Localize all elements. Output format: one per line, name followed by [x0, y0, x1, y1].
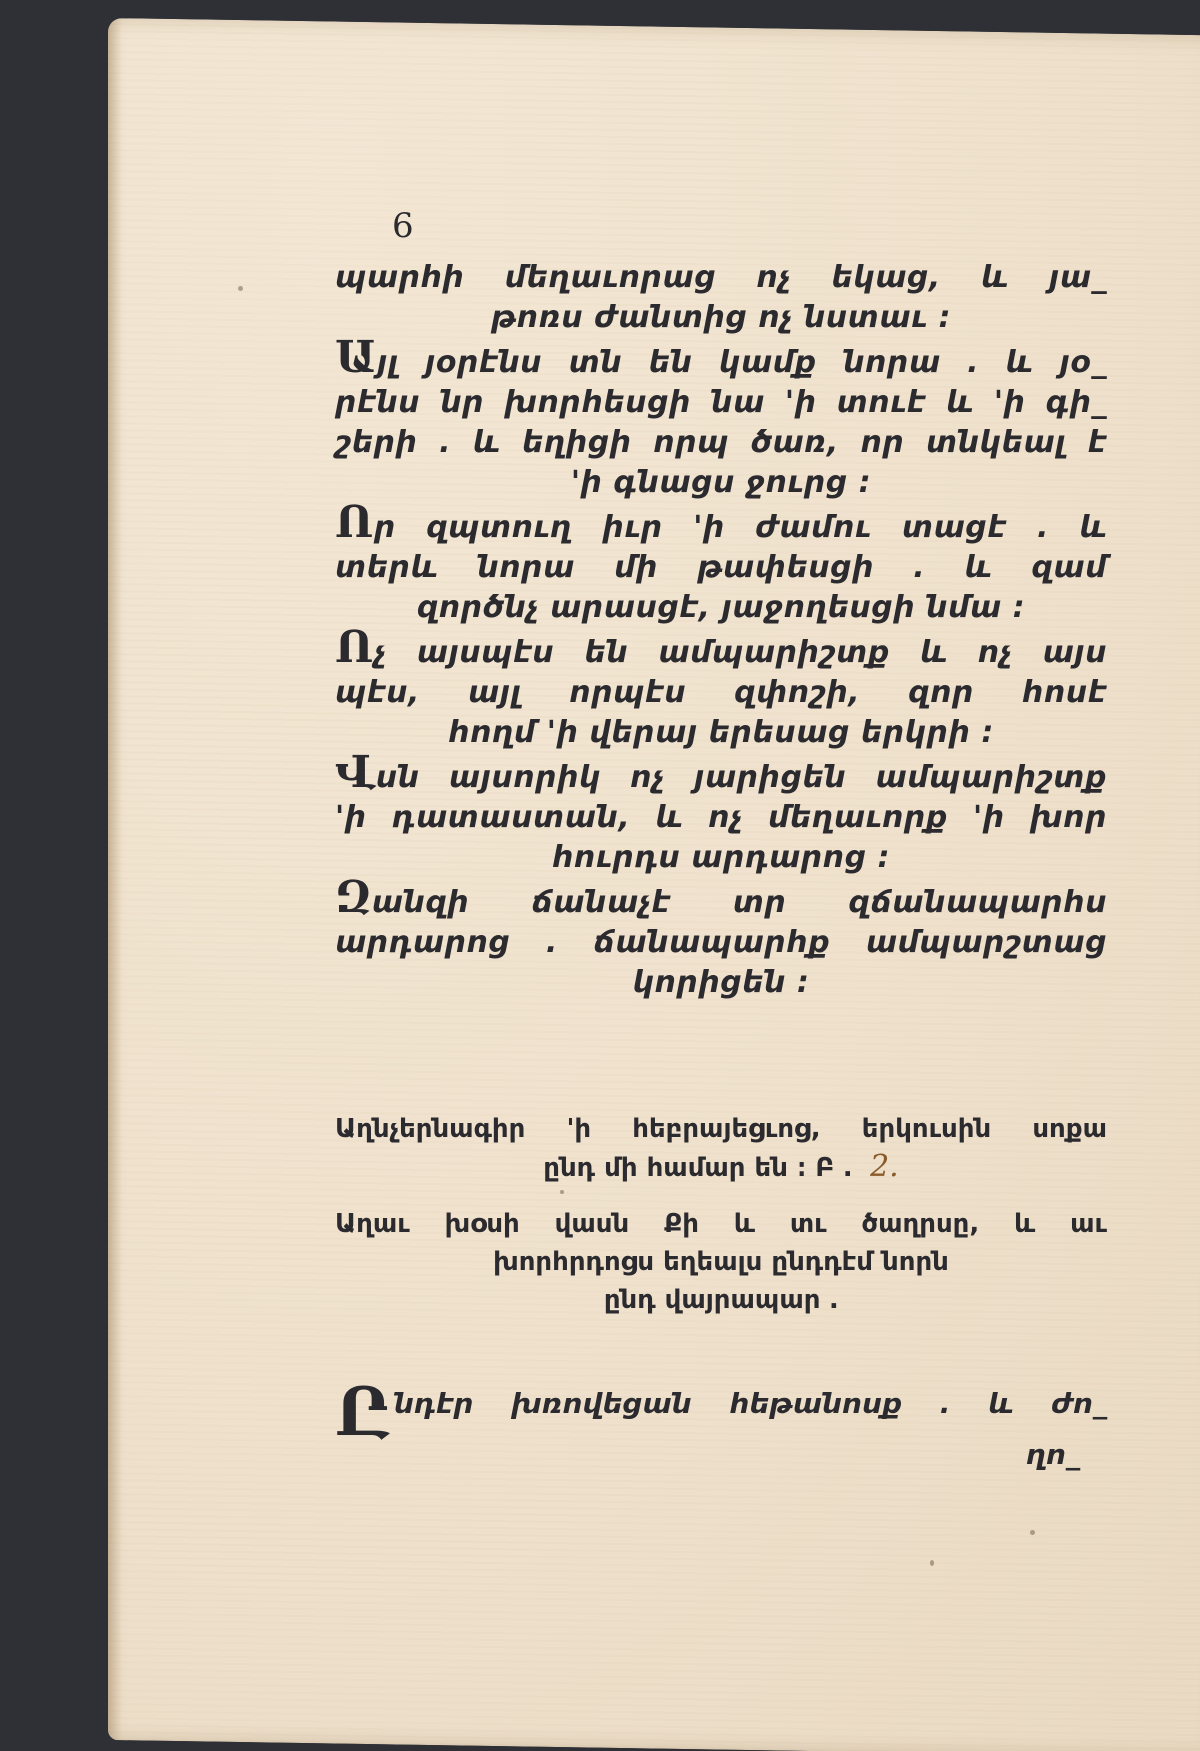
- psalm-text-block: պարհի մեղաւորաց ոչ եկաց, և յա_ թոռս ժանտ…: [335, 258, 1107, 1003]
- drop-cap-initial: Ը: [335, 1382, 390, 1442]
- note-line: Աղնչերնագիր 'ի հեբրայեցւոց, երկուսին սոք…: [335, 1110, 1107, 1148]
- paper-speck: [560, 1190, 564, 1194]
- next-psalm-start: Ը նդէր խռովեցան հեթանոսք ․ և ժո_: [335, 1384, 1107, 1442]
- page-edge-shadow: [108, 18, 122, 1740]
- verse-initial: Ա: [335, 332, 377, 383]
- note-line: ընդ մի համար են ։ Բ ․2.: [335, 1148, 1107, 1187]
- text-line: պէս, այլ որպէս զփոշի, զոր հոսէ: [335, 673, 1107, 713]
- text-line: շերի ․ և եղիցի որպ ծառ, որ տնկեալ է: [335, 423, 1107, 463]
- note-line: Աղաւ խօսի վասն Քի և տւ ծաղրսը, և աւ: [335, 1205, 1107, 1243]
- catchword: ղո_: [1026, 1438, 1080, 1471]
- text-line: հուրդս արդարոց ։: [335, 838, 1107, 878]
- text-line: թոռս ժանտից ոչ նստաւ ։: [335, 298, 1107, 338]
- note: Աղաւ խօսի վասն Քի և տւ ծաղրսը, և աւ խորհ…: [335, 1205, 1107, 1319]
- text-line: րէնս նր խորհեսցի նա 'ի տուէ և 'ի գի_: [335, 383, 1107, 423]
- text-line: յլ յօրէնս տն են կամք նորա ․ և յօ_: [377, 345, 1107, 380]
- verse-initial: Ո: [335, 622, 374, 673]
- text-line: պարհի մեղաւորաց ոչ եկաց, և յա_: [335, 258, 1107, 298]
- paper-speck: [238, 286, 243, 291]
- text-line: 'ի դատաստան, և ոչ մեղաւորք 'ի խոր: [335, 798, 1107, 838]
- text-line: արդարոց ․ ճանապարհք ամպարշտաց: [335, 923, 1107, 963]
- page-number: 6: [392, 206, 414, 246]
- note-text: ընդ մի համար են ։: [543, 1153, 806, 1183]
- verse-initial: Զ: [335, 872, 372, 923]
- paper-speck: [930, 1560, 934, 1566]
- text-line: անզի ճանաչէ տր զճանապարհս: [372, 885, 1107, 920]
- paper-speck: [1030, 1530, 1035, 1535]
- verse: Որ զպտուղ իւր 'ի ժամու տացէ ․ և տերև նոր…: [335, 503, 1107, 628]
- text-line: նդէր խռովեցան հեթանոսք ․ և ժո_: [335, 1384, 1107, 1424]
- verse: Վսն այսորիկ ոչ յարիցեն ամպարիշտք 'ի դատա…: [335, 753, 1107, 878]
- verse-initial: Ո: [335, 497, 374, 548]
- text-line: զործնչ արասցէ, յաջողեսցի նմա ։: [335, 588, 1107, 628]
- text-line: սն այսորիկ ոչ յարիցեն ամպարիշտք: [376, 760, 1107, 795]
- text-line: ր զպտուղ իւր 'ի ժամու տացէ ․ և: [374, 510, 1107, 545]
- note: Աղնչերնագիր 'ի հեբրայեցւոց, երկուսին սոք…: [335, 1110, 1107, 1187]
- verse: Ոչ այսպէս են ամպարիշտք և ոչ այս պէս, այլ…: [335, 628, 1107, 753]
- text-line: կորիցեն ։: [335, 963, 1107, 1003]
- verse-continuation: պարհի մեղաւորաց ոչ եկաց, և յա_ թոռս ժանտ…: [335, 258, 1107, 338]
- psalm-number-printed: Բ ․: [815, 1153, 852, 1183]
- editorial-notes: Աղնչերնագիր 'ի հեբրայեցւոց, երկուսին սոք…: [335, 1110, 1107, 1337]
- text-line: չ այսպէս են ամպարիշտք և ոչ այս: [374, 635, 1107, 670]
- text-line: տերև նորա մի թափեսցի ․ և զամ: [335, 548, 1107, 588]
- text-line: 'ի գնացս ջուրց ։: [335, 463, 1107, 503]
- note-line: խորհրդոցս եղեալս ընդդէմ նորն: [335, 1243, 1107, 1281]
- note-line: ընդ վայրապար ․: [335, 1281, 1107, 1319]
- handwritten-annotation: 2.: [870, 1149, 899, 1184]
- verse: Զանզի ճանաչէ տր զճանապարհս արդարոց ․ ճան…: [335, 878, 1107, 1003]
- verse-initial: Վ: [335, 747, 376, 798]
- text-line: հողմ 'ի վերայ երեսաց երկրի ։: [335, 713, 1107, 753]
- verse: Այլ յօրէնս տն են կամք նորա ․ և յօ_ րէնս …: [335, 338, 1107, 503]
